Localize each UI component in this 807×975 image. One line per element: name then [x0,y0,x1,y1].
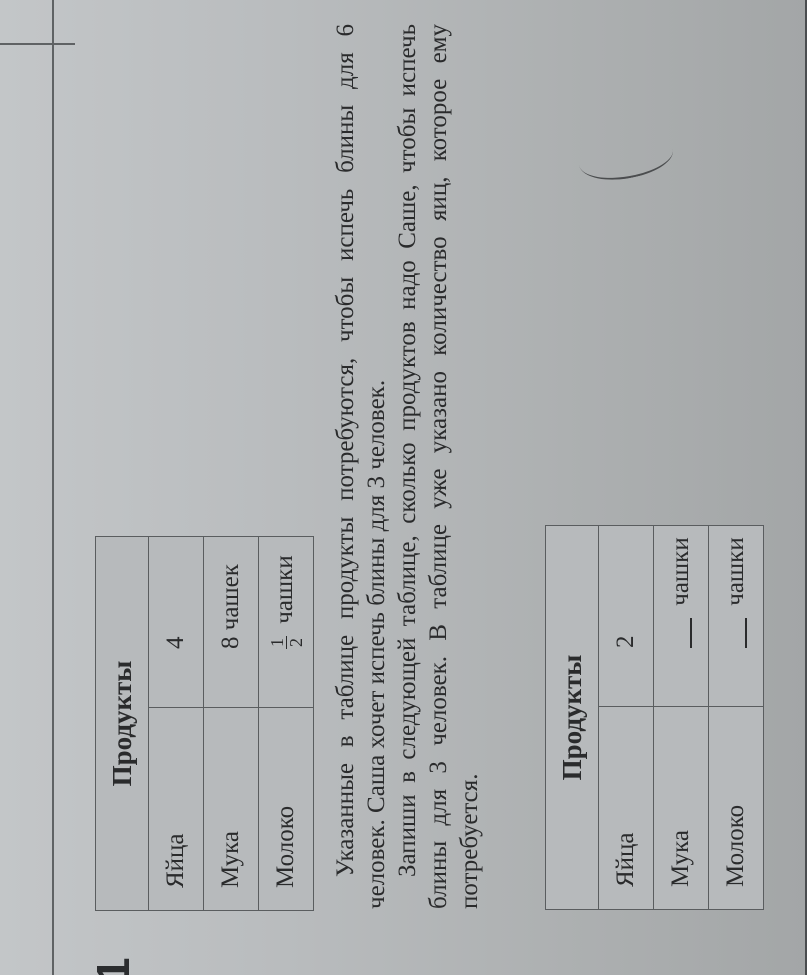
table-row: Яйца 2 [599,526,654,910]
textbook-page: 1 Продукты Яйца 4 Мука 8 чашек Молоко [0,0,807,975]
product-amount: 4 [149,537,204,708]
given-products-table: Продукты Яйца 4 Мука 8 чашек Молоко [95,536,314,911]
product-amount: чашки [709,526,764,707]
table-row: Мука чашки [654,526,709,910]
table-header: Продукты [96,537,149,911]
unit-label: чашек [217,564,244,630]
product-amount: чашки [654,526,709,707]
product-name: Яйца [149,708,204,911]
task-number: 1 [90,957,136,975]
product-amount: 2 [599,526,654,707]
product-name: Молоко [259,708,314,911]
answer-blank[interactable] [690,618,692,648]
product-amount: 1 2 чашки [259,537,314,708]
photo-of-textbook-page: 1 Продукты Яйца 4 Мука 8 чашек Молоко [0,0,807,975]
pencil-mark [575,127,677,188]
product-name: Мука [654,707,709,910]
table-row: Мука 8 чашек [204,537,259,911]
task-paragraph: Указанные в таблице продукты потребуются… [330,24,392,909]
page-margin-line [52,0,54,975]
table-row: Яйца 4 [149,537,204,911]
task-text: Указанные в таблице продукты потребуются… [330,24,485,909]
answer-blank[interactable] [745,618,747,648]
unit-label: чашки [667,537,694,605]
unit-label: чашки [722,537,749,605]
page-margin-line [0,43,75,45]
answer-products-table: Продукты Яйца 2 Мука чашки Молоко чаш [545,525,764,910]
task-paragraph: Запиши в следующей таблице, сколько прод… [392,24,485,909]
table-header: Продукты [546,526,599,910]
product-name: Молоко [709,707,764,910]
fraction: 1 2 [268,636,305,649]
product-name: Мука [204,708,259,911]
product-amount: 8 чашек [204,537,259,708]
product-name: Яйца [599,707,654,910]
table-row: Молоко 1 2 чашки [259,537,314,911]
unit-label: чашки [271,555,298,623]
table-row: Молоко чашки [709,526,764,910]
